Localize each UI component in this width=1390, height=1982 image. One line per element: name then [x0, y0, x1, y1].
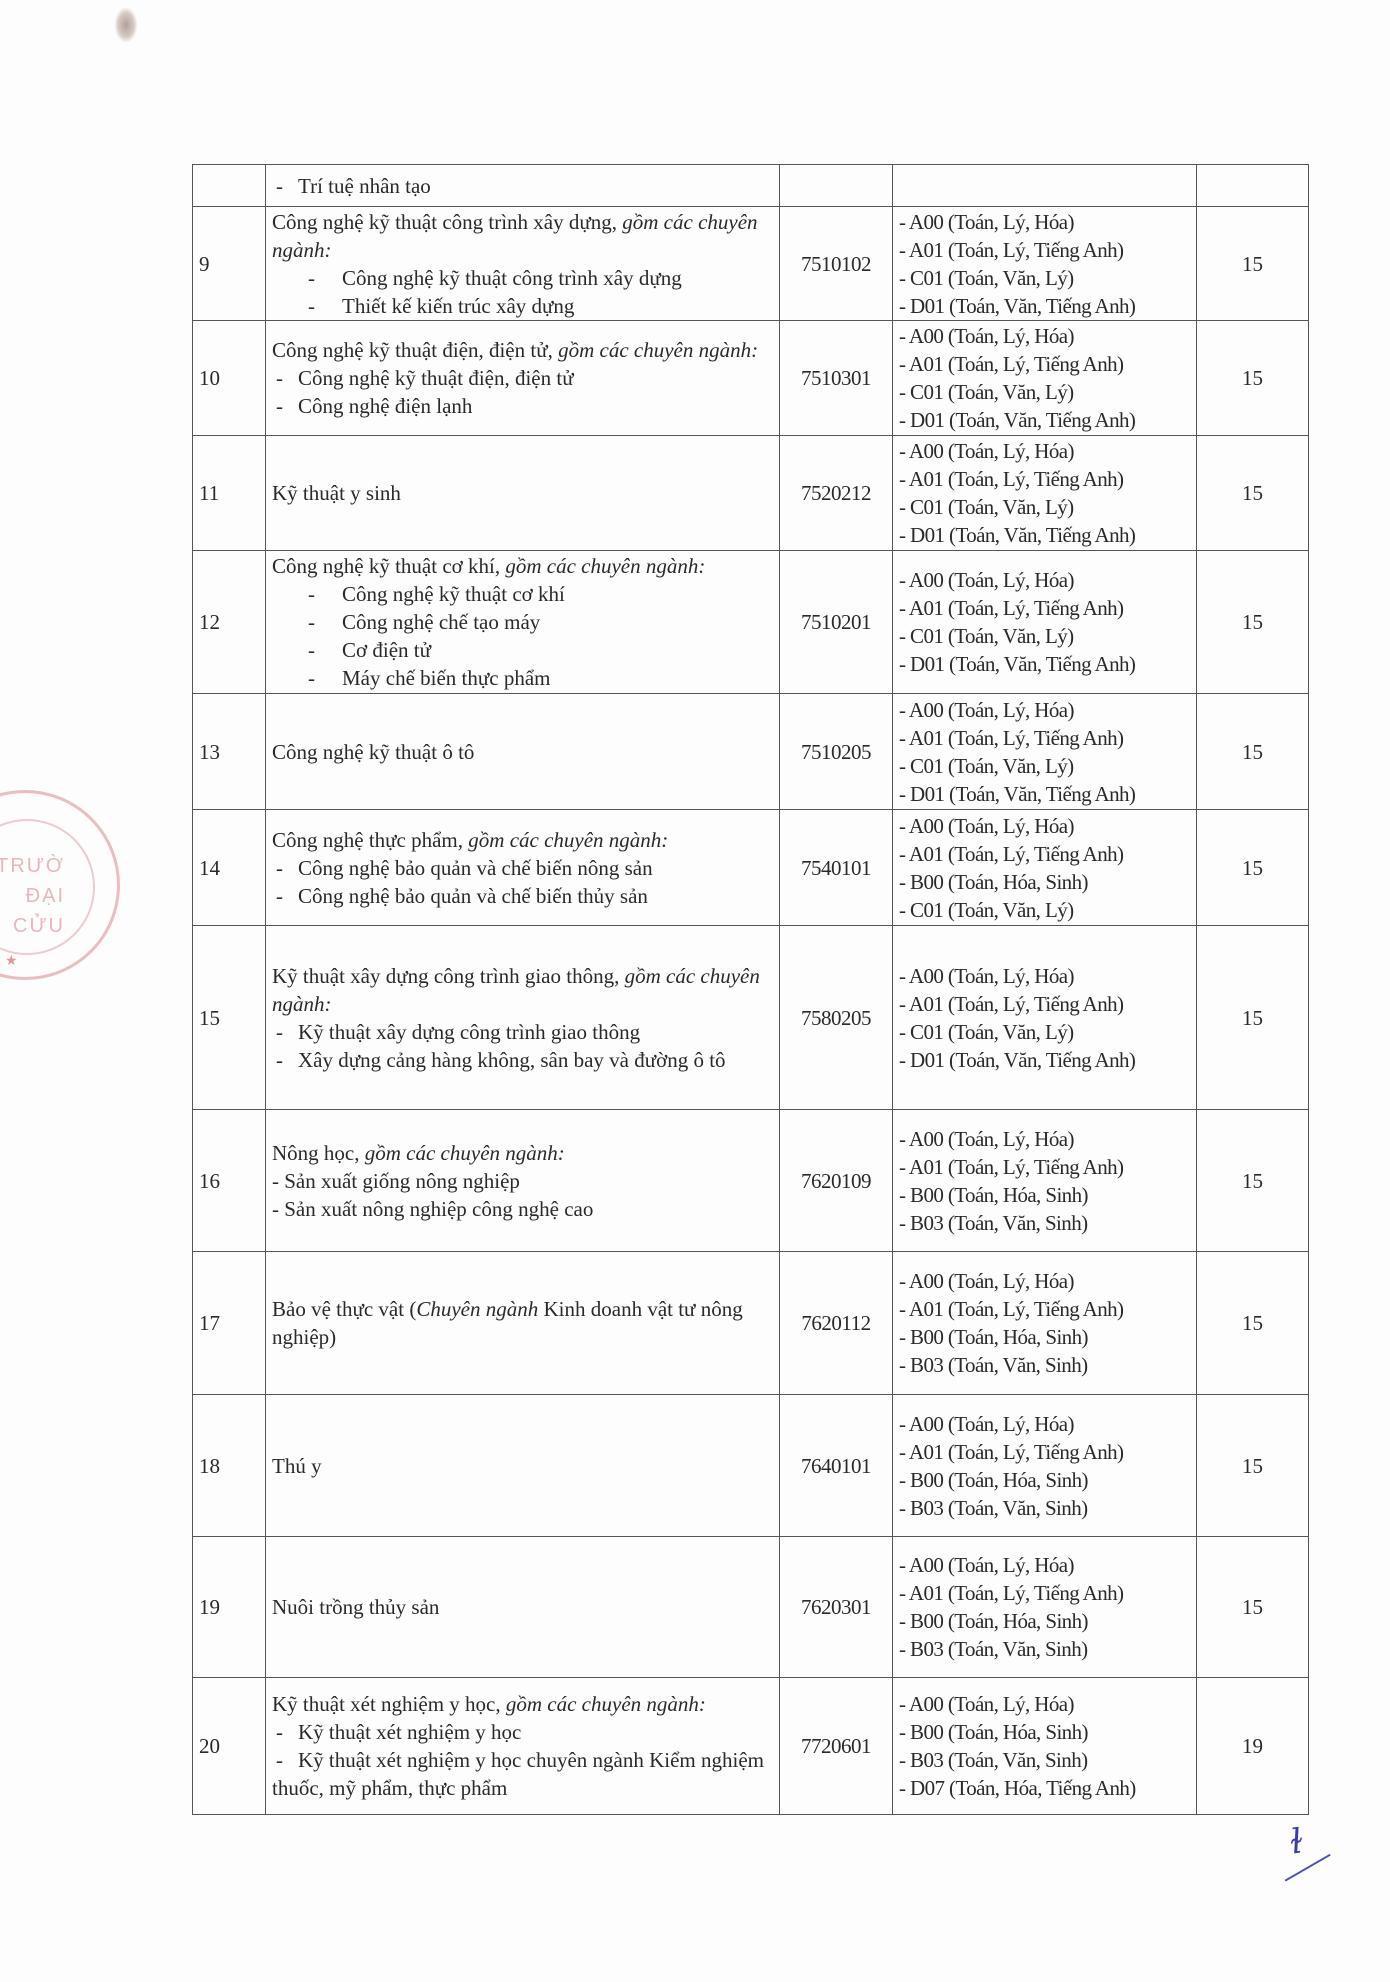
- major-cell: Kỹ thuật y sinh: [266, 436, 780, 551]
- specialization-item: -Kỹ thuật xét nghiệm y học: [272, 1718, 773, 1746]
- subject-group: - C01 (Toán, Văn, Lý): [899, 1018, 1190, 1046]
- subject-group: - A01 (Toán, Lý, Tiếng Anh): [899, 1438, 1190, 1466]
- major-cell: Thú y: [266, 1395, 780, 1537]
- code-cell: 7620109: [780, 1110, 893, 1252]
- major-cell: Công nghệ thực phẩm, gồm các chuyên ngàn…: [266, 810, 780, 926]
- major-title: Công nghệ kỹ thuật công trình xây dựng, …: [272, 208, 773, 264]
- major-title: Kỹ thuật xét nghiệm y học, gồm các chuyê…: [272, 1690, 773, 1718]
- subject-group: - B03 (Toán, Văn, Sinh): [899, 1351, 1190, 1379]
- table-row: 16Nông học, gồm các chuyên ngành:- Sản x…: [193, 1110, 1309, 1252]
- score-cell: 15: [1197, 551, 1309, 694]
- stt-cell: 19: [193, 1537, 266, 1678]
- subject-group: - C01 (Toán, Văn, Lý): [899, 622, 1190, 650]
- subject-group: - A00 (Toán, Lý, Hóa): [899, 437, 1190, 465]
- stt-cell: 11: [193, 436, 266, 551]
- subject-group: - A00 (Toán, Lý, Hóa): [899, 812, 1190, 840]
- stt-cell: 17: [193, 1252, 266, 1395]
- groups-cell: - A00 (Toán, Lý, Hóa)- A01 (Toán, Lý, Ti…: [893, 1395, 1197, 1537]
- subject-group: - A01 (Toán, Lý, Tiếng Anh): [899, 724, 1190, 752]
- stt-cell: 13: [193, 694, 266, 810]
- major-cell: Nông học, gồm các chuyên ngành:- Sản xuấ…: [266, 1110, 780, 1252]
- major-title: Công nghệ kỹ thuật cơ khí, gồm các chuyê…: [272, 552, 773, 580]
- major-cell: Nuôi trồng thủy sản: [266, 1537, 780, 1678]
- major-title: Kỹ thuật xây dựng công trình giao thông,…: [272, 962, 773, 1018]
- subject-group: - B00 (Toán, Hóa, Sinh): [899, 1181, 1190, 1209]
- stt-cell: 15: [193, 926, 266, 1110]
- groups-cell: - A00 (Toán, Lý, Hóa)- A01 (Toán, Lý, Ti…: [893, 551, 1197, 694]
- stamp-star-icon: ★: [5, 953, 18, 970]
- groups-cell: - A00 (Toán, Lý, Hóa)- A01 (Toán, Lý, Ti…: [893, 1252, 1197, 1395]
- groups-cell: - A00 (Toán, Lý, Hóa)- A01 (Toán, Lý, Ti…: [893, 321, 1197, 436]
- code-cell: 7540101: [780, 810, 893, 926]
- score-cell: 15: [1197, 1537, 1309, 1678]
- stt-cell: 9: [193, 207, 266, 321]
- groups-cell: - A00 (Toán, Lý, Hóa)- B00 (Toán, Hóa, S…: [893, 1678, 1197, 1815]
- scan-smudge: [115, 8, 137, 42]
- subject-group: - C01 (Toán, Văn, Lý): [899, 752, 1190, 780]
- code-cell: 7510201: [780, 551, 893, 694]
- table-row: 10Công nghệ kỹ thuật điện, điện tử, gồm …: [193, 321, 1309, 436]
- groups-cell: - A00 (Toán, Lý, Hóa)- A01 (Toán, Lý, Ti…: [893, 926, 1197, 1110]
- score-cell: 15: [1197, 1395, 1309, 1537]
- table-row: 12Công nghệ kỹ thuật cơ khí, gồm các chu…: [193, 551, 1309, 694]
- subject-group: - B00 (Toán, Hóa, Sinh): [899, 1607, 1190, 1635]
- table-row: 15Kỹ thuật xây dựng công trình giao thôn…: [193, 926, 1309, 1110]
- specialization-item: -Máy chế biến thực phẩm: [272, 664, 773, 692]
- table-row: 17Bảo vệ thực vật (Chuyên ngành Kinh doa…: [193, 1252, 1309, 1395]
- score-cell: 15: [1197, 1252, 1309, 1395]
- subject-group: - A01 (Toán, Lý, Tiếng Anh): [899, 236, 1190, 264]
- major-cell: Công nghệ kỹ thuật công trình xây dựng, …: [266, 207, 780, 321]
- admission-table: -Trí tuệ nhân tạo 9Công nghệ kỹ thuật cô…: [192, 164, 1309, 1815]
- major-title: Công nghệ kỹ thuật ô tô: [272, 738, 773, 766]
- specialization-item: - Sản xuất giống nông nghiệp: [272, 1167, 773, 1195]
- table-row: 14Công nghệ thực phẩm, gồm các chuyên ng…: [193, 810, 1309, 926]
- stt-cell: 14: [193, 810, 266, 926]
- specialization-item: - Sản xuất nông nghiệp công nghệ cao: [272, 1195, 773, 1223]
- stt-cell: 20: [193, 1678, 266, 1815]
- major-cell: Kỹ thuật xét nghiệm y học, gồm các chuyê…: [266, 1678, 780, 1815]
- code-cell: 7620301: [780, 1537, 893, 1678]
- major-cell: Công nghệ kỹ thuật ô tô: [266, 694, 780, 810]
- subject-group: - A00 (Toán, Lý, Hóa): [899, 322, 1190, 350]
- signature-mark: ɫ: [1287, 1821, 1305, 1862]
- subject-group: - A00 (Toán, Lý, Hóa): [899, 208, 1190, 236]
- subject-group: - D01 (Toán, Văn, Tiếng Anh): [899, 406, 1190, 434]
- score-cell: 15: [1197, 321, 1309, 436]
- stt-cell: 16: [193, 1110, 266, 1252]
- code-cell: 7720601: [780, 1678, 893, 1815]
- groups-cell: - A00 (Toán, Lý, Hóa)- A01 (Toán, Lý, Ti…: [893, 810, 1197, 926]
- subject-group: - D01 (Toán, Văn, Tiếng Anh): [899, 1046, 1190, 1074]
- specialization-item: -Công nghệ bảo quản và chế biến thủy sản: [272, 882, 773, 910]
- subject-group: - A01 (Toán, Lý, Tiếng Anh): [899, 350, 1190, 378]
- code-cell: 7510205: [780, 694, 893, 810]
- major-title: Công nghệ kỹ thuật điện, điện tử, gồm cá…: [272, 336, 773, 364]
- subject-group: - A00 (Toán, Lý, Hóa): [899, 1551, 1190, 1579]
- specialization-item: -Công nghệ kỹ thuật cơ khí: [272, 580, 773, 608]
- groups-cell: - A00 (Toán, Lý, Hóa)- A01 (Toán, Lý, Ti…: [893, 694, 1197, 810]
- table-row: 11Kỹ thuật y sinh7520212- A00 (Toán, Lý,…: [193, 436, 1309, 551]
- subject-group: - B03 (Toán, Văn, Sinh): [899, 1494, 1190, 1522]
- subject-group: - B03 (Toán, Văn, Sinh): [899, 1746, 1190, 1774]
- table-row: 9Công nghệ kỹ thuật công trình xây dựng,…: [193, 207, 1309, 321]
- subject-group: - C01 (Toán, Văn, Lý): [899, 896, 1190, 924]
- subject-group: - C01 (Toán, Văn, Lý): [899, 264, 1190, 292]
- subject-group: - A01 (Toán, Lý, Tiếng Anh): [899, 1153, 1190, 1181]
- subject-group: - A01 (Toán, Lý, Tiếng Anh): [899, 840, 1190, 868]
- subject-group: - D01 (Toán, Văn, Tiếng Anh): [899, 521, 1190, 549]
- admission-table-body: -Trí tuệ nhân tạo 9Công nghệ kỹ thuật cô…: [193, 165, 1309, 1815]
- subject-group: - A00 (Toán, Lý, Hóa): [899, 566, 1190, 594]
- specialization-item: -Thiết kế kiến trúc xây dựng: [272, 292, 773, 320]
- major-title: Thú y: [272, 1452, 773, 1480]
- specialization-item: -Kỹ thuật xét nghiệm y học chuyên ngành …: [272, 1746, 773, 1802]
- table-row: 20Kỹ thuật xét nghiệm y học, gồm các chu…: [193, 1678, 1309, 1815]
- subject-group: - B03 (Toán, Văn, Sinh): [899, 1209, 1190, 1237]
- score-cell: 15: [1197, 436, 1309, 551]
- official-stamp: TRƯỜ ĐẠI CỬU ★: [0, 790, 120, 980]
- specialization-item: -Công nghệ kỹ thuật công trình xây dựng: [272, 264, 773, 292]
- subject-group: - B03 (Toán, Văn, Sinh): [899, 1635, 1190, 1663]
- score-cell: 15: [1197, 207, 1309, 321]
- specialization-item: -Công nghệ chế tạo máy: [272, 608, 773, 636]
- code-cell: [780, 165, 893, 207]
- score-cell: 15: [1197, 1110, 1309, 1252]
- major-cell: Bảo vệ thực vật (Chuyên ngành Kinh doanh…: [266, 1252, 780, 1395]
- subject-group: - B00 (Toán, Hóa, Sinh): [899, 1718, 1190, 1746]
- stt-cell: 10: [193, 321, 266, 436]
- subject-group: - C01 (Toán, Văn, Lý): [899, 493, 1190, 521]
- subject-group: - A01 (Toán, Lý, Tiếng Anh): [899, 465, 1190, 493]
- code-cell: 7620112: [780, 1252, 893, 1395]
- code-cell: 7510102: [780, 207, 893, 321]
- code-cell: 7640101: [780, 1395, 893, 1537]
- table-row: 13Công nghệ kỹ thuật ô tô7510205- A00 (T…: [193, 694, 1309, 810]
- subject-group: - A00 (Toán, Lý, Hóa): [899, 962, 1190, 990]
- score-cell: 19: [1197, 1678, 1309, 1815]
- subject-group: - A00 (Toán, Lý, Hóa): [899, 1690, 1190, 1718]
- major-title: Bảo vệ thực vật (Chuyên ngành Kinh doanh…: [272, 1295, 773, 1351]
- major-title: Kỹ thuật y sinh: [272, 479, 773, 507]
- specialization-item: -Cơ điện tử: [272, 636, 773, 664]
- groups-cell: - A00 (Toán, Lý, Hóa)- A01 (Toán, Lý, Ti…: [893, 1110, 1197, 1252]
- stt-cell: [193, 165, 266, 207]
- stt-cell: 18: [193, 1395, 266, 1537]
- specialization-item: -Công nghệ bảo quản và chế biến nông sản: [272, 854, 773, 882]
- score-cell: 15: [1197, 694, 1309, 810]
- subject-group: - A01 (Toán, Lý, Tiếng Anh): [899, 1295, 1190, 1323]
- subject-group: - D01 (Toán, Văn, Tiếng Anh): [899, 650, 1190, 678]
- subject-group: - A01 (Toán, Lý, Tiếng Anh): [899, 1579, 1190, 1607]
- subject-group: - C01 (Toán, Văn, Lý): [899, 378, 1190, 406]
- table-row: 19Nuôi trồng thủy sản7620301- A00 (Toán,…: [193, 1537, 1309, 1678]
- score-cell: 15: [1197, 926, 1309, 1110]
- specialization-item: -Xây dựng cảng hàng không, sân bay và đư…: [272, 1046, 773, 1074]
- groups-cell: [893, 165, 1197, 207]
- code-cell: 7520212: [780, 436, 893, 551]
- specialization-item: -Công nghệ kỹ thuật điện, điện tử: [272, 364, 773, 392]
- specialization-item: -Công nghệ điện lạnh: [272, 392, 773, 420]
- major-title: Nông học, gồm các chuyên ngành:: [272, 1139, 773, 1167]
- code-cell: 7510301: [780, 321, 893, 436]
- major-cell: Công nghệ kỹ thuật điện, điện tử, gồm cá…: [266, 321, 780, 436]
- subject-group: - D01 (Toán, Văn, Tiếng Anh): [899, 780, 1190, 808]
- groups-cell: - A00 (Toán, Lý, Hóa)- A01 (Toán, Lý, Ti…: [893, 1537, 1197, 1678]
- major-title: Công nghệ thực phẩm, gồm các chuyên ngàn…: [272, 826, 773, 854]
- subject-group: - D01 (Toán, Văn, Tiếng Anh): [899, 292, 1190, 320]
- subject-group: - A01 (Toán, Lý, Tiếng Anh): [899, 990, 1190, 1018]
- major-title: Nuôi trồng thủy sản: [272, 1593, 773, 1621]
- table-row: 18Thú y7640101- A00 (Toán, Lý, Hóa)- A01…: [193, 1395, 1309, 1537]
- stt-cell: 12: [193, 551, 266, 694]
- specialization-item: -Kỹ thuật xây dựng công trình giao thông: [272, 1018, 773, 1046]
- major-cell: -Trí tuệ nhân tạo: [266, 165, 780, 207]
- stamp-text: TRƯỜ ĐẠI CỬU: [0, 851, 65, 941]
- specialization-item: -Trí tuệ nhân tạo: [272, 172, 773, 200]
- subject-group: - A01 (Toán, Lý, Tiếng Anh): [899, 594, 1190, 622]
- subject-group: - B00 (Toán, Hóa, Sinh): [899, 868, 1190, 896]
- subject-group: - A00 (Toán, Lý, Hóa): [899, 696, 1190, 724]
- subject-group: - B00 (Toán, Hóa, Sinh): [899, 1466, 1190, 1494]
- code-cell: 7580205: [780, 926, 893, 1110]
- subject-group: - A00 (Toán, Lý, Hóa): [899, 1267, 1190, 1295]
- subject-group: - A00 (Toán, Lý, Hóa): [899, 1125, 1190, 1153]
- table-row-continuation: -Trí tuệ nhân tạo: [193, 165, 1309, 207]
- subject-group: - D07 (Toán, Hóa, Tiếng Anh): [899, 1774, 1190, 1802]
- major-cell: Công nghệ kỹ thuật cơ khí, gồm các chuyê…: [266, 551, 780, 694]
- major-cell: Kỹ thuật xây dựng công trình giao thông,…: [266, 926, 780, 1110]
- subject-group: - B00 (Toán, Hóa, Sinh): [899, 1323, 1190, 1351]
- subject-group: - A00 (Toán, Lý, Hóa): [899, 1410, 1190, 1438]
- score-cell: [1197, 165, 1309, 207]
- groups-cell: - A00 (Toán, Lý, Hóa)- A01 (Toán, Lý, Ti…: [893, 436, 1197, 551]
- groups-cell: - A00 (Toán, Lý, Hóa)- A01 (Toán, Lý, Ti…: [893, 207, 1197, 321]
- score-cell: 15: [1197, 810, 1309, 926]
